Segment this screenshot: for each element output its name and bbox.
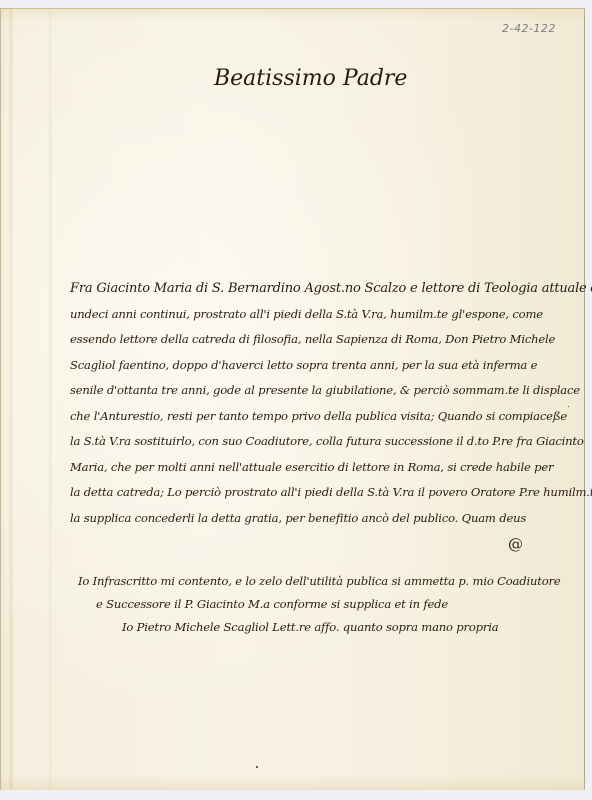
archive-number: 2-42-122 [502, 22, 556, 35]
petition-line: che l'Anturestio, resti per tanto tempo … [70, 404, 570, 430]
petition-line: undeci anni continui, prostrato all'i pi… [70, 302, 570, 328]
attestation-signature: Io Pietro Michele Scagliol Lett.re affo.… [78, 616, 578, 639]
petition-line: essendo lettore della catreda di filosof… [70, 327, 570, 353]
petition-body: Fra Giacinto Maria di S. Bernardino Agos… [70, 276, 570, 531]
petition-line: la supplica concederli la detta gratia, … [70, 506, 570, 532]
petition-line: la detta catreda; Lo perciò prostrato al… [70, 480, 570, 506]
ink-speck [256, 766, 258, 768]
attestation-line: Io Infrascritto mi contento, e lo zelo d… [78, 570, 578, 593]
petition-line: Maria, che per molti anni nell'attuale e… [70, 455, 570, 481]
petition-line: Scagliol faentino, doppo d'haverci letto… [70, 353, 570, 379]
salutation-heading: Beatissimo Padre [214, 66, 407, 91]
ink-speck [568, 406, 569, 407]
manuscript-page: 2-42-122 Beatissimo Padre Fra Giacinto M… [0, 8, 585, 790]
closing-flourish-icon: @ [508, 535, 523, 553]
attestation-line: e Successore il P. Giacinto M.a conforme… [78, 593, 578, 616]
petition-line: senile d'ottanta tre anni, gode al prese… [70, 378, 570, 404]
attestation-block: Io Infrascritto mi contento, e lo zelo d… [78, 570, 578, 639]
petition-line: la S.tà V.ra sostituirlo, con suo Coadiu… [70, 429, 570, 455]
petition-line: Fra Giacinto Maria di S. Bernardino Agos… [70, 276, 570, 302]
